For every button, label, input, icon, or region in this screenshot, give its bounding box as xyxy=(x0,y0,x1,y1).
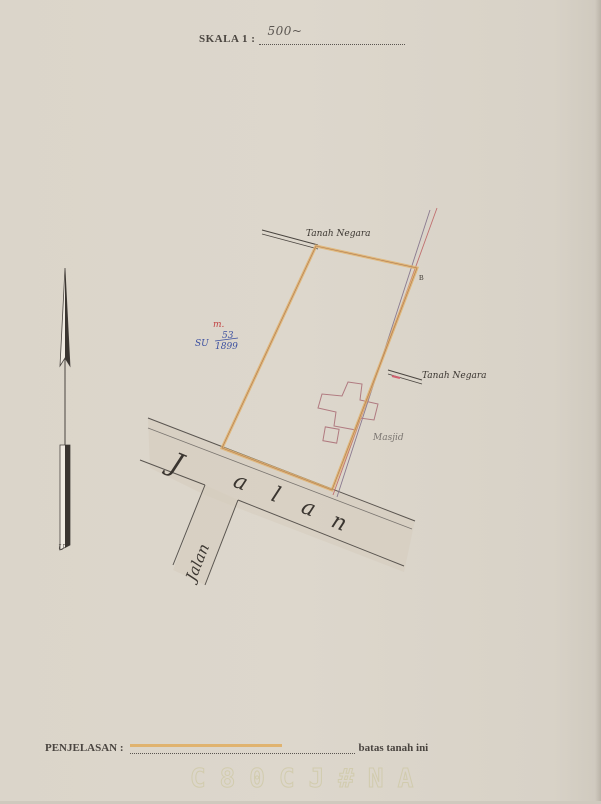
north-arrow-icon: U xyxy=(58,268,70,552)
masjid-label: Masjid xyxy=(372,433,404,443)
parcel-identifier: m. 53 SU 1899 xyxy=(195,320,238,352)
legend-line-sample xyxy=(130,743,355,754)
north-arrow-label: U xyxy=(58,543,65,552)
north-neighbor-label: Tanah Negara xyxy=(306,229,371,239)
survey-map: U J a l a n Jalan Tanah Negara Tanah Neg… xyxy=(0,0,601,804)
east-neighbor-label: Tanah Negara xyxy=(422,371,487,381)
east-neighbor-line xyxy=(388,370,422,384)
masjid-annex-outline xyxy=(323,427,339,443)
legend-label: PENJELASAN : xyxy=(45,742,124,754)
legend-row: PENJELASAN : batas tanah ini xyxy=(45,742,428,754)
parcel-marker: m. xyxy=(213,320,225,330)
road-side xyxy=(173,485,238,585)
boundary-color-swatch xyxy=(130,744,282,747)
parcel-year: 1899 xyxy=(215,342,238,352)
parcel-prefix: SU xyxy=(195,339,209,349)
serial-perforation: C80CJ#NA xyxy=(190,764,427,794)
corner-mark: B xyxy=(419,274,424,282)
legend-description: batas tanah ini xyxy=(359,742,429,754)
parcel-boundary xyxy=(222,246,417,490)
